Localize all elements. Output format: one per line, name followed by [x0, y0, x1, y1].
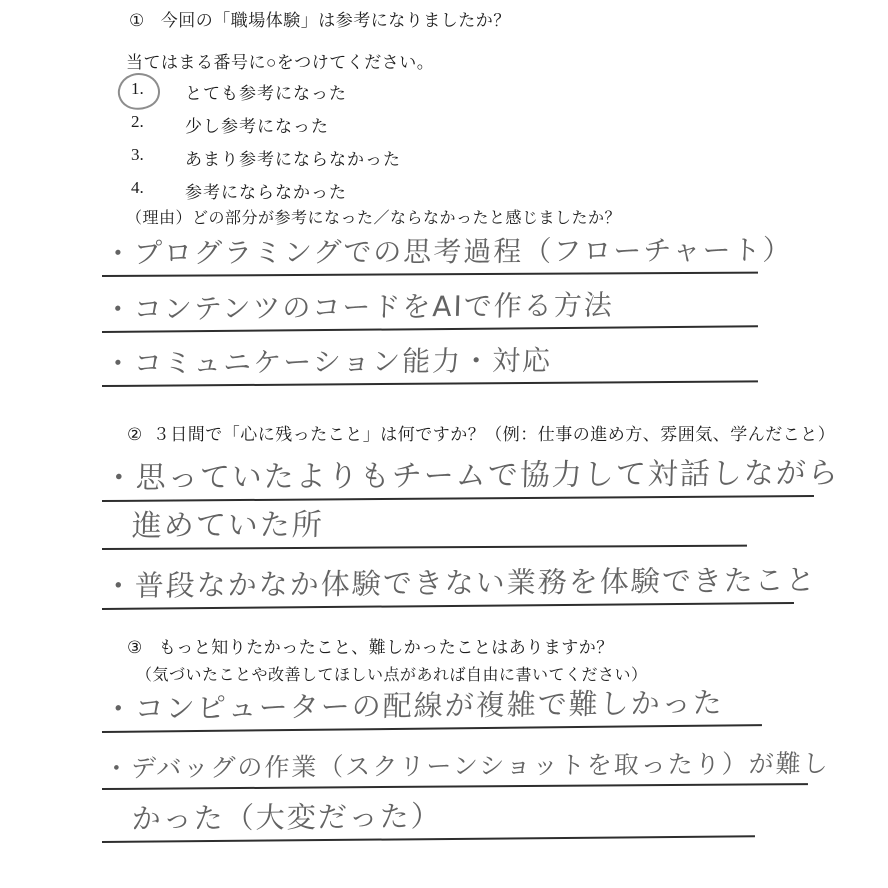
answer-line: ・コンピューターの配線が複雑で難しかった — [102, 679, 762, 733]
answer-line: 進めていた所 — [102, 496, 747, 550]
question-1-number: ① — [129, 11, 145, 30]
question-2-number: ② — [127, 425, 143, 444]
option-3-number: 3. — [131, 145, 165, 165]
answer-line: ・普段なかなか体験できない業務を体験できたこと — [102, 551, 794, 610]
option-1-label: とても参考になった — [185, 79, 347, 104]
handwritten-answer-q1-3: ・コミュニケーション能力・対応 — [101, 339, 553, 385]
scanned-questionnaire-page: ①今回の「職場体験」は参考になりましたか？ 当てはまる番号に○をつけてください。… — [0, 0, 888, 888]
handwritten-answer-q3-1: ・コンピューターの配線が複雑で難しかった — [101, 680, 724, 731]
handwritten-answer-q3-3: かった（大変だった） — [101, 794, 442, 841]
option-4-label: 参考にならなかった — [185, 178, 347, 203]
handwritten-answer-q3-2: ・デバッグの作業（スクリーンショットを取ったり）が難し — [101, 744, 830, 788]
answer-line: ・コンテンツのコードをAIで作る方法 — [102, 283, 758, 333]
handwritten-answer-q2-3: ・普段なかなか体験できない業務を体験できたこと — [101, 558, 817, 608]
question-1-instruction: 当てはまる番号に○をつけてください。 — [126, 48, 434, 73]
option-2-number: 2. — [131, 112, 165, 132]
question-3-number: ③ — [127, 638, 143, 657]
option-1-number: 1. — [131, 79, 165, 99]
option-2-label: 少し参考になった — [185, 112, 329, 137]
handwritten-answer-q1-1: ・プログラミングでの思考過程（フローチャート） — [101, 228, 793, 275]
question-1-text: 今回の「職場体験」は参考になりましたか？ — [161, 11, 511, 30]
answer-line: ・コミュニケーション能力・対応 — [102, 338, 758, 387]
option-3-label: あまり参考にならなかった — [185, 145, 401, 170]
question-1-title: ①今回の「職場体験」は参考になりましたか？ — [129, 6, 511, 31]
handwritten-answer-q2-2: 進めていた所 — [101, 500, 324, 548]
question-3-text: もっと知りたかったこと、難しかったことはありますか？ — [159, 638, 614, 657]
answer-line: ・思っていたよりもチームで協力して対話しながら — [102, 446, 814, 502]
handwritten-answer-q1-2: ・コンテンツのコードをAIで作る方法 — [101, 284, 614, 331]
answer-line: かった（大変だった） — [102, 788, 755, 843]
question-2-text: ３日間で「心に残ったこと」は何ですか？（例：仕事の進め方、雰囲気、学んだこと） — [153, 425, 836, 444]
answer-line: ・プログラミングでの思考過程（フローチャート） — [102, 230, 758, 277]
handwritten-answer-q2-1: ・思っていたよりもチームで協力して対話しながら — [101, 448, 840, 500]
question-3-title: ③もっと知りたかったこと、難しかったことはありますか？ — [127, 633, 614, 658]
question-2-title: ②３日間で「心に残ったこと」は何ですか？（例：仕事の進め方、雰囲気、学んだこと） — [127, 420, 835, 445]
answer-line: ・デバッグの作業（スクリーンショットを取ったり）が難し — [102, 736, 808, 790]
option-4-number: 4. — [131, 178, 165, 198]
question-1-reason-prompt: （理由）どの部分が参考になった／ならなかったと感じましたか？ — [126, 205, 621, 228]
